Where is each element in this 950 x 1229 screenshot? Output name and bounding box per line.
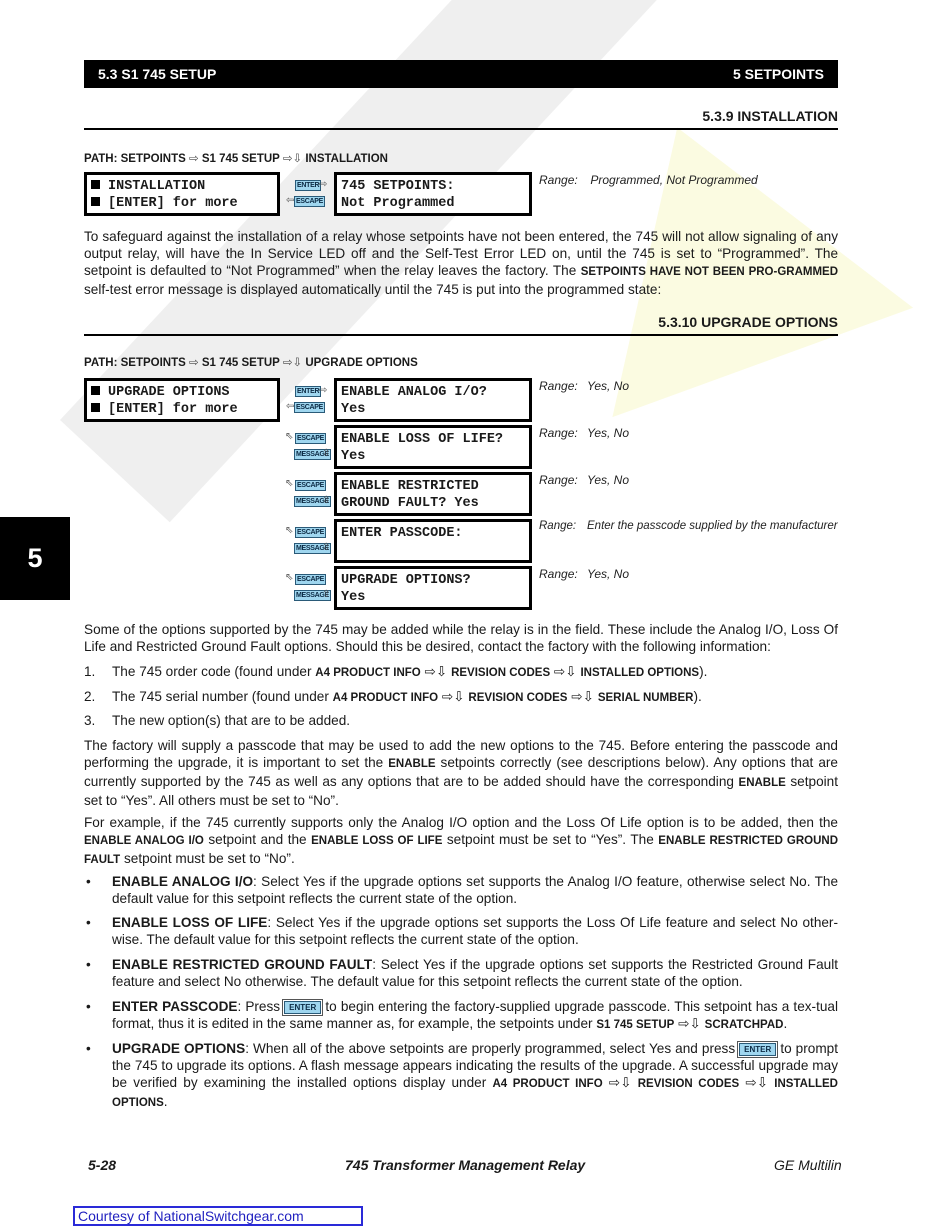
arrow-up-left-icon: ⇖ [285,432,293,442]
bullet-enable-restricted-ground-fault: • ENABLE RESTRICTED GROUND FAULT: Select… [84,956,838,990]
range-label: Range: [539,520,587,532]
enter-key-icon: ENTER [295,386,321,397]
bullet-text: UPGRADE OPTIONS: When all of the above s… [112,1040,838,1112]
bold-text: ENABLE ANALOG I/O [112,874,253,889]
display-line: UPGRADE OPTIONS [108,385,230,400]
arrow-up-down-icon: ⇳ [322,449,330,459]
text: For example, if the 745 currently suppor… [84,815,838,830]
square-bullet-icon [91,180,100,189]
bullet-text: ENTER PASSCODE: Press ENTER to begin ent… [112,998,838,1034]
bullet-enter-passcode: • ENTER PASSCODE: Press ENTER to begin e… [84,998,838,1034]
bullet-upgrade-options: • UPGRADE OPTIONS: When all of the above… [84,1040,838,1112]
display-line: ENTER PASSCODE: [341,526,463,541]
display-line: UPGRADE OPTIONS? [341,573,471,588]
setpoint-display: ENABLE ANALOG I/O? Yes [334,378,532,422]
bold-text: S1 745 SETUP [596,1019,674,1031]
path-arrow-icon: ⇨⇩ [603,1075,638,1090]
bold-text: UPGRADE OPTIONS [112,1041,245,1056]
header-section: 5.3 S1 745 SETUP [98,66,216,82]
display-line: Yes [341,590,365,605]
arrow-up-left-icon: ⇖ [285,479,293,489]
escape-key-icon: ESCAPE [295,527,326,538]
display-line: Yes [341,402,365,417]
display-line: GROUND FAULT? Yes [341,496,479,511]
escape-key-icon: ESCAPE [294,402,325,413]
setpoint-display: ENABLE RESTRICTED GROUND FAULT? Yes [334,472,532,516]
courtesy-link[interactable]: Courtesy of NationalSwitchgear.com [73,1206,363,1226]
display-line: Yes [341,449,365,464]
text: setpoint must be set to “No”. [120,851,295,866]
path-arrow-icon: ⇨⇩ [567,689,597,704]
path-installation: PATH: SETPOINTS ⇨ S1 745 SETUP ⇨⇩ INSTAL… [84,151,388,165]
bold-text: REVISION CODES [451,667,550,679]
range-label: Range: [539,567,587,581]
display-line: [ENTER] for more [108,196,238,211]
path-prefix: PATH: SETPOINTS [84,153,186,165]
path-arrow-icon: ⇨ [189,357,199,369]
bold-text: A4 PRODUCT INFO [315,667,420,679]
range-value: Yes, No [587,473,629,487]
path-step: UPGRADE OPTIONS [305,357,417,369]
arrow-right-icon: ⇨ [319,180,327,190]
display-line: [ENTER] for more [108,402,238,417]
display-line: ENABLE LOSS OF LIFE? [341,432,503,447]
path-arrow-icon: ⇨⇩ [550,664,580,679]
text: The 745 serial number (found under [112,689,333,704]
escape-key-icon: ESCAPE [295,433,326,444]
square-bullet-icon [91,403,100,412]
text: The 745 order code (found under [112,664,315,679]
setpoint-display-installation: 745 SETPOINTS: Not Programmed [334,172,532,216]
menu-display-installation: INSTALLATION [ENTER] for more [84,172,280,216]
footer-title: 745 Transformer Management Relay [345,1157,585,1173]
list-number: 3. [84,712,95,729]
range-label: Range: [539,473,587,487]
enter-key-icon: ENTER [295,180,321,191]
bold-text: SERIAL NUMBER [598,692,694,704]
bold-text: ENABLE LOSS OF LIFE [311,835,442,847]
arrow-right-icon: ⇨ [319,386,327,396]
list-number: 1. [84,663,95,680]
bullet-enable-loss-of-life: • ENABLE LOSS OF LIFE: Select Yes if the… [84,914,838,948]
path-arrow-icon: ⇨⇩ [739,1075,774,1090]
path-arrow-icon: ⇨⇩ [674,1016,704,1031]
bold-text: ENABLE [739,777,786,789]
bold-text: SCRATCHPAD [705,1019,784,1031]
manual-page: 5.3 S1 745 SETUP 5 SETPOINTS 5 5.3.9 INS… [0,0,950,1229]
section-title-upgrade-options: 5.3.10 UPGRADE OPTIONS [84,314,838,336]
arrow-up-down-icon: ⇳ [322,543,330,553]
setpoint-display: UPGRADE OPTIONS? Yes [334,566,532,610]
chapter-tab: 5 [0,517,70,600]
path-prefix: PATH: SETPOINTS [84,357,186,369]
footer-page-number: 5-28 [88,1157,116,1173]
passcode-description: The factory will supply a passcode that … [84,737,838,809]
bullet-icon: • [86,873,91,890]
display-line: ENABLE ANALOG I/O? [341,385,487,400]
text: . [783,1016,787,1031]
display-line: 745 SETPOINTS: [341,179,454,194]
escape-key-icon: ESCAPE [295,480,326,491]
path-step: INSTALLATION [305,153,388,165]
bullet-icon: • [86,1040,91,1057]
bold-text: ENABLE [388,758,435,770]
display-line: Not Programmed [341,196,454,211]
menu-display-upgrade-options: UPGRADE OPTIONS [ENTER] for more [84,378,280,422]
list-number: 2. [84,688,95,705]
text: : Press [237,999,284,1014]
range-text: Range:Yes, No [539,473,629,487]
text: setpoint must be set to “Yes”. The [442,832,658,847]
example-description: For example, if the 745 currently suppor… [84,814,838,869]
range-label: Range: [539,379,587,393]
bullet-icon: • [86,914,91,931]
path-arrow-icon: ⇨⇩ [438,689,468,704]
bold-text: ENABLE ANALOG I/O [84,835,204,847]
text: setpoint and the [204,832,311,847]
display-line: INSTALLATION [108,179,205,194]
bullet-icon: • [86,998,91,1015]
square-bullet-icon [91,197,100,206]
range-value: Yes, No [587,379,629,393]
upgrade-intro: Some of the options supported by the 745… [84,621,838,655]
setpoint-display: ENTER PASSCODE: [334,519,532,563]
range-text: Range:Yes, No [539,426,629,440]
text: . [164,1094,168,1109]
bold-text: ENTER PASSCODE [112,999,237,1014]
arrow-up-left-icon: ⇖ [285,573,293,583]
bold-text: REVISION CODES [468,692,567,704]
range-text: Range:Enter the passcode supplied by the… [539,520,838,532]
path-arrow-icon: ⇨ [189,153,199,165]
range-value: Enter the passcode supplied by the manuf… [587,520,838,532]
enter-key-icon: ENTER [284,1001,321,1014]
list-text: The new option(s) that are to be added. [112,712,838,729]
footer-company: GE Multilin [774,1157,842,1173]
bold-text: SETPOINTS HAVE NOT BEEN PRO-GRAMMED [581,266,838,278]
range-value: Programmed, Not Programmed [590,173,757,187]
display-line: ENABLE RESTRICTED [341,479,479,494]
path-arrow-icon: ⇨⇩ [283,357,302,369]
text: ). [699,664,707,679]
range-value: Yes, No [587,567,629,581]
bullet-text: ENABLE LOSS OF LIFE: Select Yes if the u… [112,914,838,948]
bold-text: A4 PRODUCT INFO [492,1078,602,1090]
bullet-text: ENABLE RESTRICTED GROUND FAULT: Select Y… [112,956,838,990]
escape-key-icon: ESCAPE [294,196,325,207]
path-arrow-icon: ⇨⇩ [421,664,451,679]
page-header: 5.3 S1 745 SETUP 5 SETPOINTS [84,60,838,88]
range-value: Yes, No [587,426,629,440]
bold-text: INSTALLED OPTIONS [580,667,699,679]
bold-text: ENABLE RESTRICTED GROUND FAULT [112,957,372,972]
square-bullet-icon [91,386,100,395]
list-text: The 745 order code (found under A4 PRODU… [112,663,838,682]
arrow-up-down-icon: ⇳ [322,496,330,506]
installation-description: To safeguard against the installation of… [84,228,838,298]
arrow-up-left-icon: ⇖ [285,526,293,536]
range-label: Range: [539,173,587,187]
text: self-test error message is displayed aut… [84,282,661,297]
bullet-enable-analog-io: • ENABLE ANALOG I/O: Select Yes if the u… [84,873,838,907]
bold-text: REVISION CODES [638,1078,739,1090]
path-upgrade-options: PATH: SETPOINTS ⇨ S1 745 SETUP ⇨⇩ UPGRAD… [84,355,418,369]
setpoint-display: ENABLE LOSS OF LIFE? Yes [334,425,532,469]
escape-key-icon: ESCAPE [295,574,326,585]
range-text: Range:Yes, No [539,379,629,393]
path-step: S1 745 SETUP [202,357,280,369]
bold-text: A4 PRODUCT INFO [333,692,438,704]
range-text: Range:Yes, No [539,567,629,581]
range-installation: Range: Programmed, Not Programmed [539,173,758,187]
bullet-text: ENABLE ANALOG I/O: Select Yes if the upg… [112,873,838,907]
section-title-installation: 5.3.9 INSTALLATION [84,108,838,130]
path-step: S1 745 SETUP [202,153,280,165]
arrow-up-down-icon: ⇧ [322,590,330,600]
path-arrow-icon: ⇨⇩ [283,153,302,165]
header-chapter: 5 SETPOINTS [733,66,824,82]
bold-text: ENABLE LOSS OF LIFE [112,915,267,930]
bullet-icon: • [86,956,91,973]
list-text: The 745 serial number (found under A4 PR… [112,688,838,707]
enter-key-icon: ENTER [739,1043,776,1056]
text: ). [693,689,701,704]
range-label: Range: [539,426,587,440]
text: : When all of the above setpoints are pr… [245,1041,739,1056]
